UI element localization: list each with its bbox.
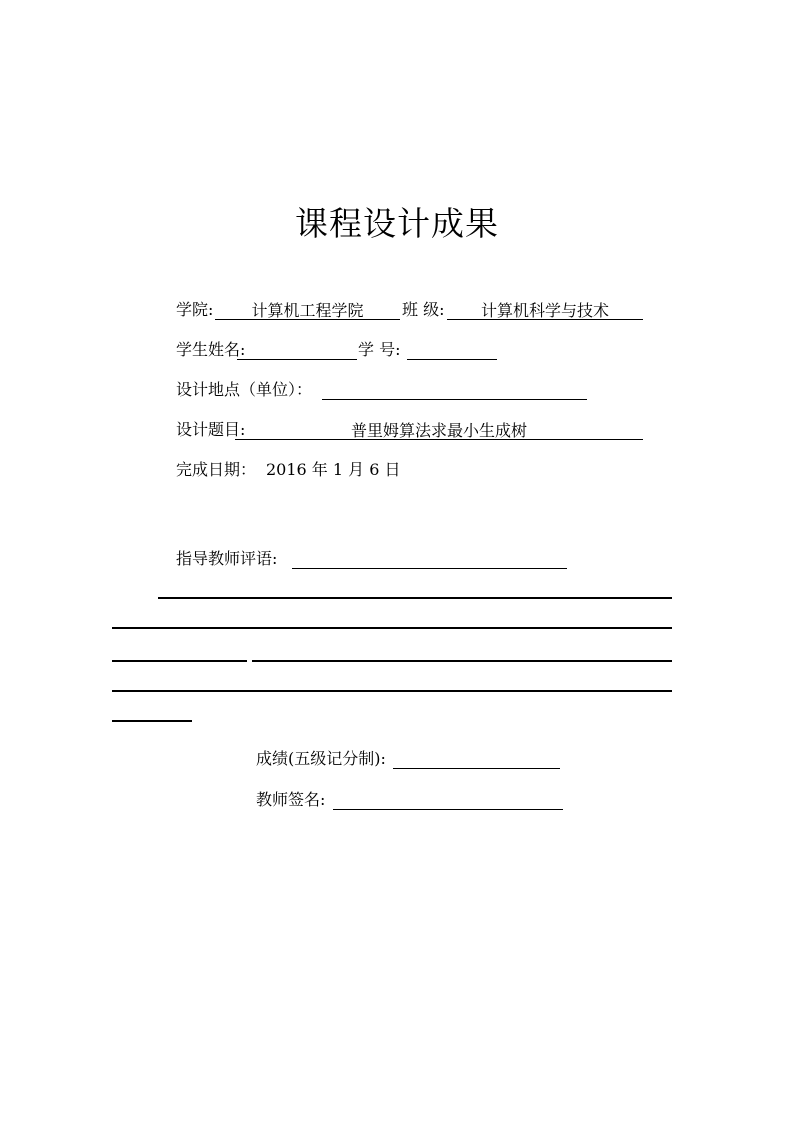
comments-ruled-line[interactable] (252, 660, 672, 662)
comments-ruled-line[interactable] (112, 720, 192, 722)
comments-ruled-line[interactable] (112, 627, 672, 629)
location-line[interactable] (322, 381, 587, 400)
comments-ruled-line[interactable] (158, 597, 672, 599)
student-name-line[interactable] (237, 341, 357, 360)
student-id-line[interactable] (407, 341, 497, 360)
document-title: 课程设计成果 (0, 206, 794, 242)
location-label: 设计地点（单位）： (176, 381, 312, 400)
comments-label: 指导教师评语: (176, 550, 277, 569)
grade-label: 成绩(五级记分制): (256, 750, 386, 769)
signature-label: 教师签名: (256, 791, 325, 810)
comments-ruled-line[interactable] (112, 690, 672, 692)
school-label: 学院: (176, 301, 213, 320)
signature-line[interactable] (333, 791, 563, 810)
student-id-label: 学 号: (358, 341, 400, 360)
completion-date-label: 完成日期： (176, 461, 256, 480)
completion-date-value: 2016 年 1 月 6 日 (266, 461, 401, 480)
grade-line[interactable] (393, 750, 560, 769)
comments-ruled-line[interactable] (112, 660, 247, 662)
school-value-line[interactable]: 计算机工程学院 (215, 301, 400, 320)
class-value-line[interactable]: 计算机科学与技术 (447, 301, 643, 320)
student-name-label: 学生姓名: (176, 341, 245, 360)
topic-value-line[interactable]: 普里姆算法求最小生成树 (235, 421, 643, 440)
comments-first-line[interactable] (292, 550, 567, 569)
document-page: 课程设计成果 学院: 计算机工程学院 班 级: 计算机科学与技术 学生姓名: 学… (0, 0, 794, 1123)
class-label: 班 级: (402, 301, 444, 320)
